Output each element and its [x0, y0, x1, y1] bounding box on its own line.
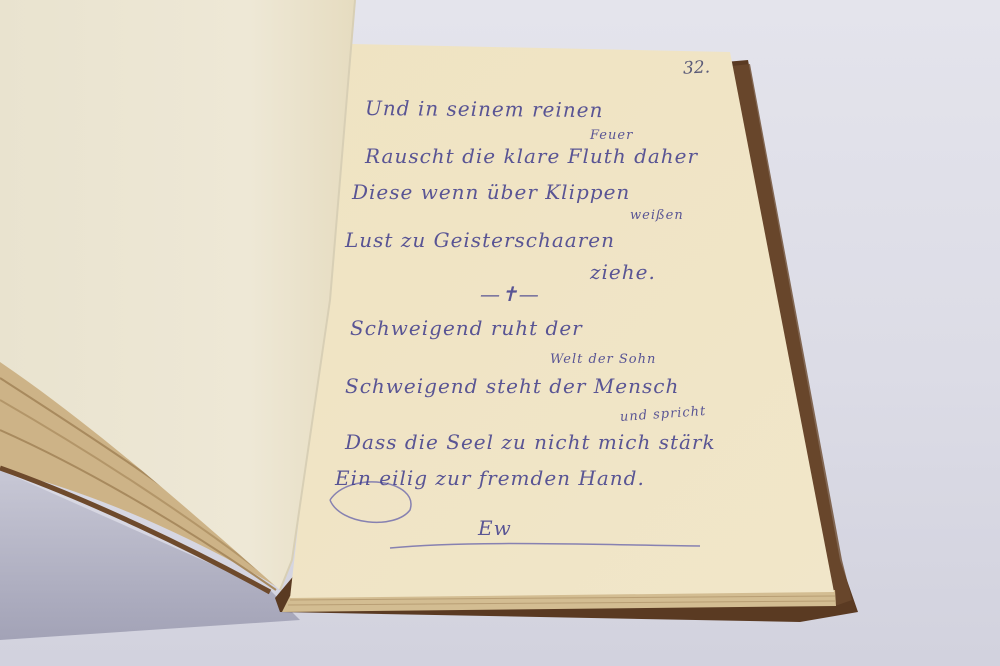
section-divider: —✝— — [480, 282, 540, 306]
handwriting-line: Feuer — [590, 128, 633, 143]
handwriting-line: Und in seinem reinen — [365, 96, 604, 122]
handwriting-line: Diese wenn über Klippen — [352, 180, 630, 204]
photo-scene: 32. Und in seinem reinen Feuer Rauscht d… — [0, 0, 1000, 666]
page-number: 32. — [682, 57, 710, 78]
signature: Ew — [478, 516, 512, 540]
handwriting-line: Welt der Sohn — [550, 352, 656, 367]
handwriting-line: ziehe. — [590, 260, 656, 284]
handwriting-line: weißen — [630, 208, 684, 223]
handwriting-line: Ein eilig zur fremden Hand. — [335, 466, 645, 490]
handwriting-line: Dass die Seel zu nicht mich stärk — [345, 430, 716, 454]
handwriting-line: Rauscht die klare Fluth daher — [365, 144, 698, 168]
handwriting-line: Lust zu Geisterschaaren — [345, 228, 615, 252]
handwriting-line: Schweigend ruht der — [350, 316, 583, 340]
handwriting-line: Schweigend steht der Mensch — [345, 374, 679, 398]
